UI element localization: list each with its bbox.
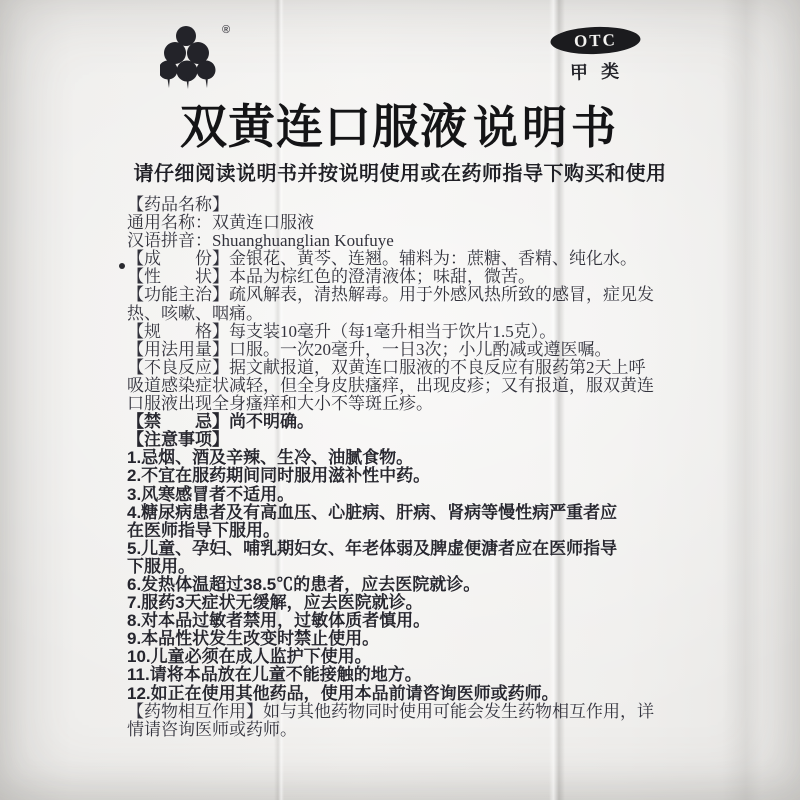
text-line: 8.对本品过敏者禁用，过敏体质者慎用。 xyxy=(127,612,727,630)
text-line: 吸道感染症状减轻，但全身皮肤瘙痒，出现皮疹；又有报道，服双黄连 xyxy=(127,377,727,395)
text-line: 下服用。 xyxy=(127,558,727,576)
text-line: 【用法用量】口服。一次20毫升，一日3次；小儿酌减或遵医嘱。 xyxy=(127,341,727,359)
text-line: 情请咨询医师或药师。 xyxy=(127,721,727,739)
text-line: 10.儿童必须在成人监护下使用。 xyxy=(127,648,727,666)
text-line: 在医师指导下服用。 xyxy=(127,522,727,540)
text-line: 9.本品性状发生改变时禁止使用。 xyxy=(127,630,727,648)
tree-cluster-icon xyxy=(160,24,220,96)
doc-type-label: 说明书 xyxy=(473,103,620,153)
text-line: 5.儿童、孕妇、哺乳期妇女、年老体弱及脾虚便溏者应在医师指导 xyxy=(127,540,727,558)
text-line: 汉语拼音：Shuanghuanglian Koufuye xyxy=(127,232,727,250)
page-title: 双黄连口服液说明书 xyxy=(0,90,800,157)
leaflet-body: 【药品名称】通用名称：双黄连口服液汉语拼音：Shuanghuanglian Ko… xyxy=(127,196,727,739)
brand-logo: ® xyxy=(160,24,238,96)
text-line: 12.如正在使用其他药品，使用本品前请咨询医师或药师。 xyxy=(127,685,727,703)
text-line: 【规 格】每支装10毫升（每1毫升相当于饮片1.5克）。 xyxy=(127,323,727,341)
text-line: 热、咳嗽、咽痛。 xyxy=(127,305,727,323)
otc-area: OTC 甲 类 xyxy=(547,25,645,85)
text-line: 【功能主治】疏风解表，清热解毒。用于外感风热所致的感冒，症见发 xyxy=(127,286,727,304)
text-line: 2.不宜在服药期间同时服用滋补性中药。 xyxy=(127,467,727,485)
usage-warning: 请仔细阅读说明书并按说明使用或在药师指导下购买和使用 xyxy=(0,157,800,186)
text-line: 【药品名称】 xyxy=(127,196,727,214)
otc-class-label: 甲 类 xyxy=(548,56,645,85)
text-line: 【药物相互作用】如与其他药物同时使用可能会发生药物相互作用，详 xyxy=(127,703,727,721)
text-line: 【禁 忌】尚不明确。 xyxy=(127,413,727,431)
leaflet-photo: ® OTC 甲 类 双黄连口服液说明书 请仔细阅读说明书并按说明使用或在药师指导… xyxy=(0,0,800,800)
product-name: 双黄连口服液 xyxy=(180,100,468,153)
text-line: 口服液出现全身瘙痒和大小不等斑丘疹。 xyxy=(127,395,727,413)
text-line: 6.发热体温超过38.5℃的患者，应去医院就诊。 xyxy=(127,576,727,594)
text-line: 【注意事项】 xyxy=(127,431,727,449)
text-line: 1.忌烟、酒及辛辣、生冷、油腻食物。 xyxy=(127,449,727,467)
text-line: 【成 份】金银花、黄芩、连翘。辅料为：蔗糖、香精、纯化水。 xyxy=(127,250,727,268)
text-line: 【性 状】本品为棕红色的澄清液体；味甜，微苦。 xyxy=(127,268,727,286)
text-line: 11.请将本品放在儿童不能接触的地方。 xyxy=(127,666,727,684)
text-line: 4.糖尿病患者及有高血压、心脏病、肝病、肾病等慢性病严重者应 xyxy=(127,504,727,522)
text-line: 【不良反应】据文献报道，双黄连口服液的不良反应有服药第2天上呼 xyxy=(127,359,727,377)
otc-label: OTC xyxy=(574,30,618,51)
registered-mark-icon: ® xyxy=(222,24,230,36)
text-line: 通用名称：双黄连口服液 xyxy=(127,214,727,232)
text-line: 3.风寒感冒者不适用。 xyxy=(127,486,727,504)
text-line: 7.服药3天症状无缓解，应去医院就诊。 xyxy=(127,594,727,612)
ink-dot-artifact xyxy=(119,263,125,269)
otc-badge: OTC xyxy=(550,25,641,55)
